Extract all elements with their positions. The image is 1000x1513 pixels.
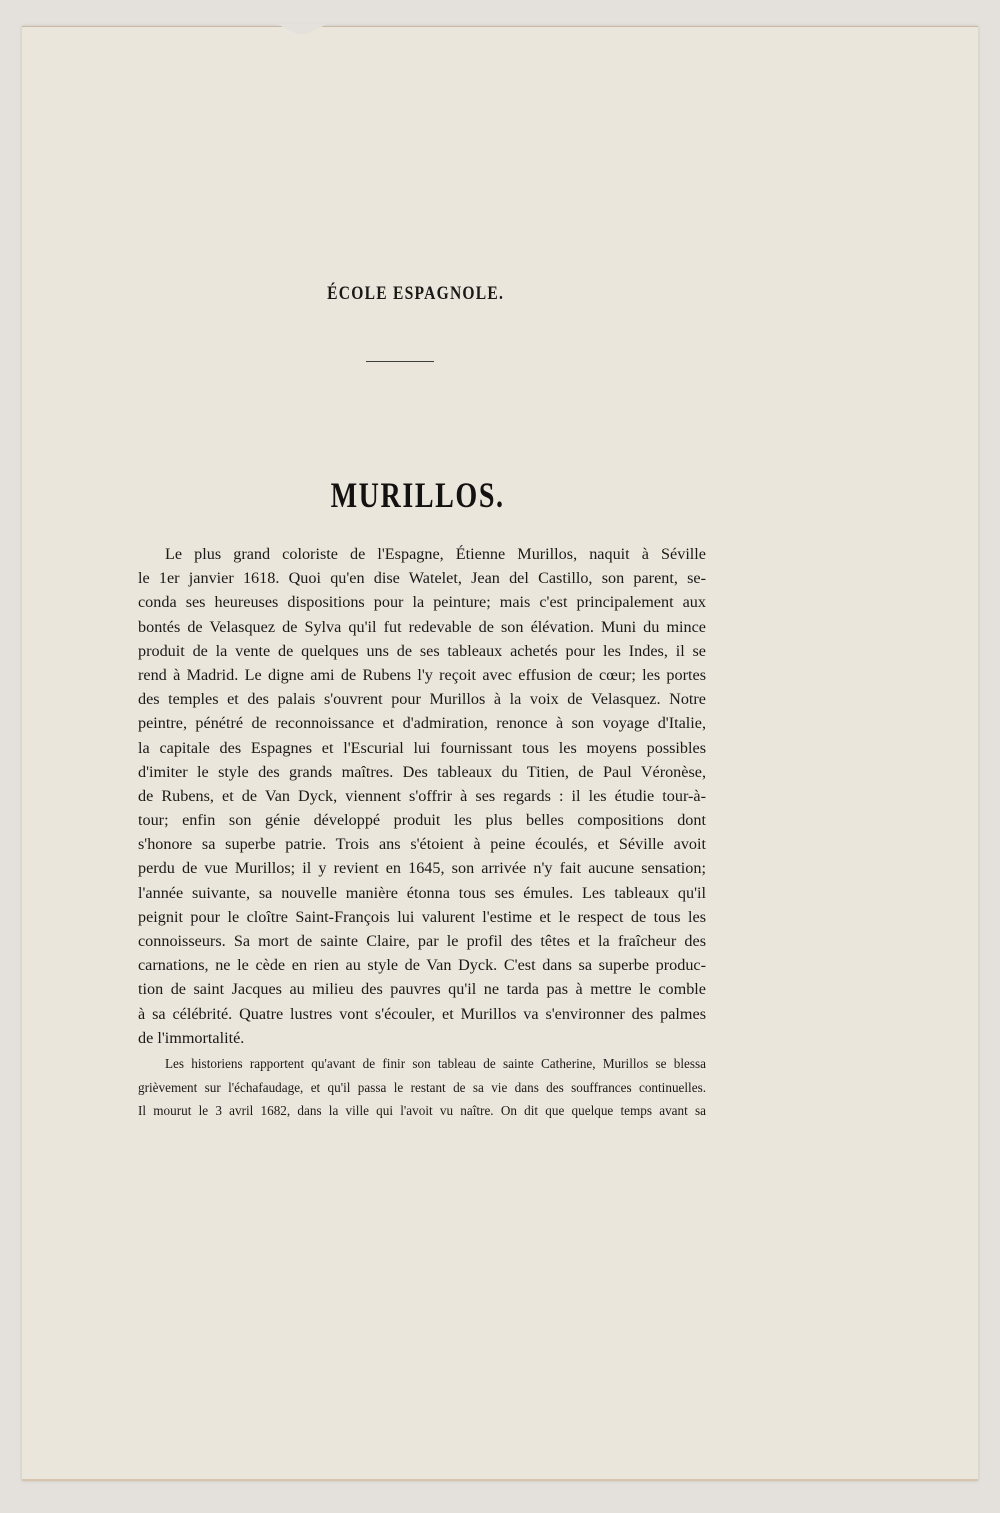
text-line: de l'immortalité. bbox=[138, 1026, 706, 1050]
title-separator-rule bbox=[366, 361, 434, 362]
text-line: rend à Madrid. Le digne ami de Rubens l'… bbox=[138, 663, 706, 687]
text-line: à sa célébrité. Quatre lustres vont s'éc… bbox=[138, 1002, 706, 1026]
text-line: tion de saint Jacques au milieu des pauv… bbox=[138, 977, 706, 1001]
text-line: d'imiter le style des grands maîtres. De… bbox=[138, 760, 706, 784]
text-line: tour; enfin son génie développé produit … bbox=[138, 808, 706, 832]
text-line: le 1er janvier 1618. Quoi qu'en dise Wat… bbox=[138, 566, 706, 590]
main-paragraph: Le plus grand coloriste de l'Espagne, Ét… bbox=[138, 542, 706, 1050]
text-line: de Rubens, et de Van Dyck, viennent s'of… bbox=[138, 784, 706, 808]
note-line: Les historiens rapportent qu'avant de fi… bbox=[138, 1052, 706, 1076]
text-line: s'honore sa superbe patrie. Trois ans s'… bbox=[138, 832, 706, 856]
artist-title: MURILLOS. bbox=[106, 474, 730, 516]
text-line: produit de la vente de quelques uns de s… bbox=[138, 639, 706, 663]
text-line: peignit pour le cloître Saint-François l… bbox=[138, 905, 706, 929]
school-title: ÉCOLE ESPAGNOLE. bbox=[94, 283, 738, 305]
text-line: carnations, ne le cède en rien au style … bbox=[138, 953, 706, 977]
text-line: bontés de Velasquez de Sylva qu'il fut r… bbox=[138, 615, 706, 639]
text-line: Le plus grand coloriste de l'Espagne, Ét… bbox=[138, 542, 706, 566]
text-line: l'année suivante, sa nouvelle manière ét… bbox=[138, 881, 706, 905]
note-paragraph: Les historiens rapportent qu'avant de fi… bbox=[138, 1052, 706, 1123]
text-line: peintre, pénétré de reconnoissance et d'… bbox=[138, 711, 706, 735]
text-line: perdu de vue Murillos; il y revient en 1… bbox=[138, 856, 706, 880]
text-line: conda ses heureuses dispositions pour la… bbox=[138, 590, 706, 614]
note-line: grièvement sur l'échafaudage, et qu'il p… bbox=[138, 1076, 706, 1100]
text-line: des temples et des palais s'ouvrent pour… bbox=[138, 687, 706, 711]
text-line: connoisseurs. Sa mort de sainte Claire, … bbox=[138, 929, 706, 953]
text-line: la capitale des Espagnes et l'Escurial l… bbox=[138, 736, 706, 760]
page-tear-notch bbox=[277, 24, 327, 34]
note-line: Il mourut le 3 avril 1682, dans la ville… bbox=[138, 1099, 706, 1123]
document-page: ÉCOLE ESPAGNOLE. MURILLOS. Le plus grand… bbox=[22, 26, 978, 1481]
